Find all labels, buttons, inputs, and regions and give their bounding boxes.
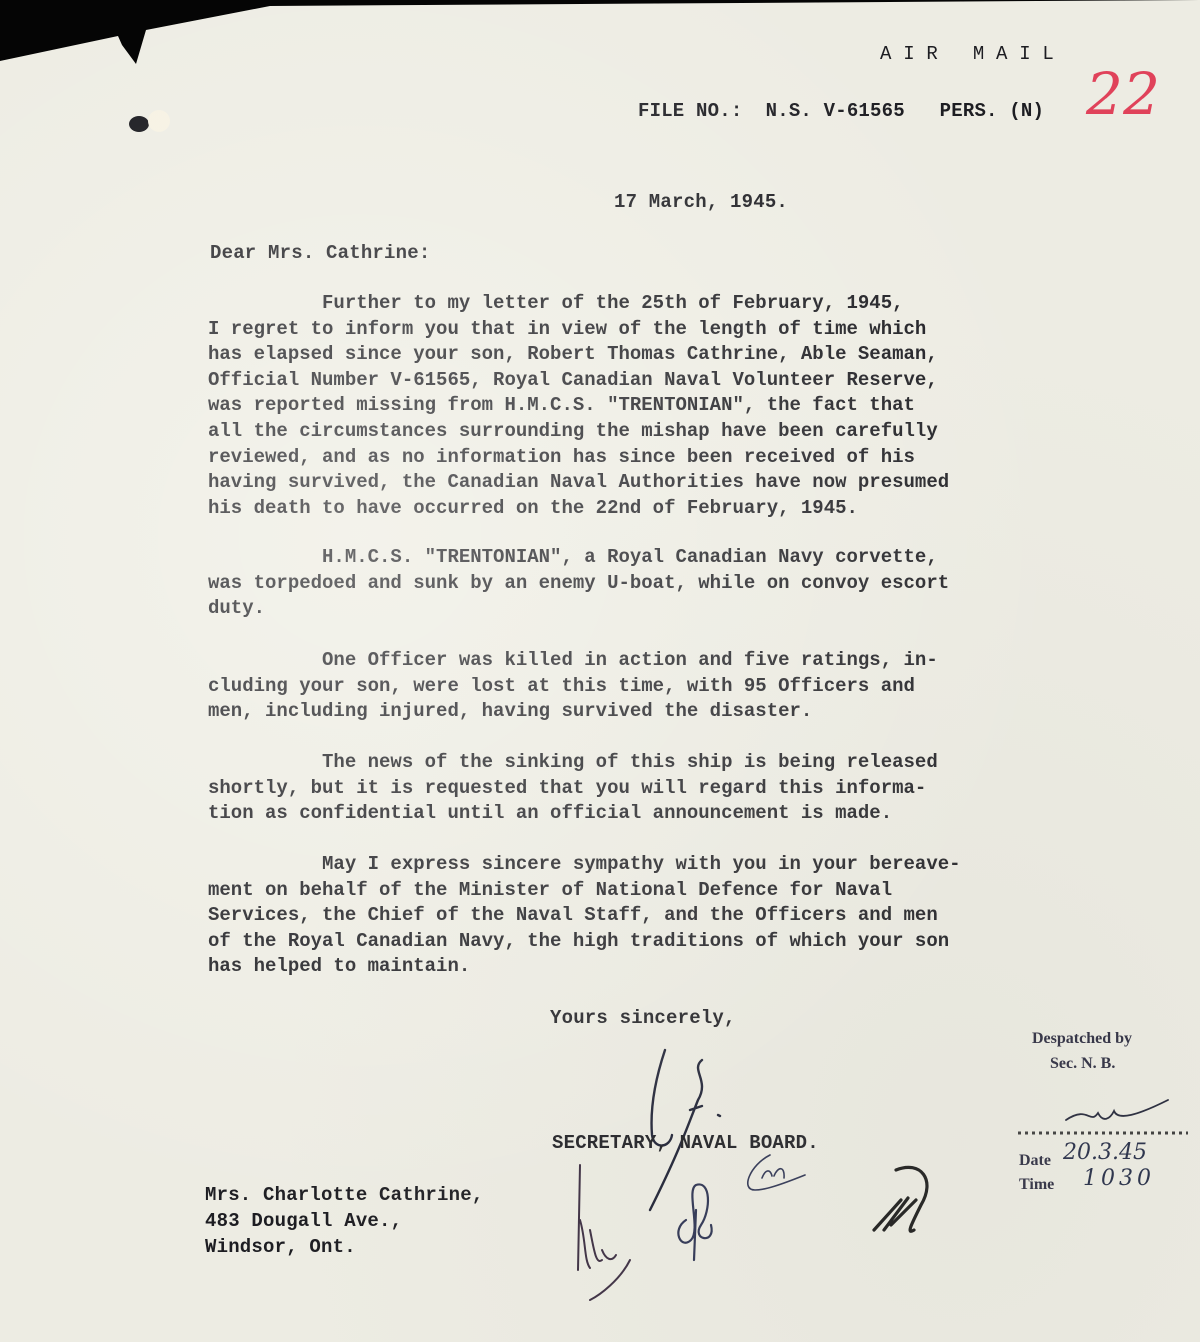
letter-date: 17 March, 1945. — [614, 190, 788, 216]
text-line: duty. — [208, 596, 1038, 622]
text-line: shortly, but it is requested that you wi… — [208, 776, 1038, 802]
text-line: Official Number V-61565, Royal Canadian … — [208, 368, 1038, 394]
text-line: tion as confidential until an official a… — [208, 801, 1038, 827]
text-line: men, including injured, having survived … — [208, 699, 1038, 725]
recipient-city: Windsor, Ont. — [205, 1235, 356, 1261]
initials-1 — [560, 1160, 640, 1300]
text-line: H.M.C.S. "TRENTONIAN", a Royal Canadian … — [208, 545, 1038, 571]
text-line: reviewed, and as no information has sinc… — [208, 445, 1038, 471]
air-mail-label: A I R M A I L — [880, 42, 1054, 68]
recipient-name: Mrs. Charlotte Cathrine, — [205, 1183, 483, 1209]
punch-hole — [129, 116, 149, 132]
text-line: One Officer was killed in action and fiv… — [208, 648, 1038, 674]
despatch-date-value: 20.3.45 — [1063, 1140, 1147, 1165]
file-number: FILE NO.: N.S. V-61565 PERS. (N) — [638, 99, 1044, 125]
initials-4 — [866, 1160, 956, 1250]
paragraph-5: May I express sincere sympathy with you … — [208, 852, 1038, 980]
text-line: all the circumstances surrounding the mi… — [208, 419, 1038, 445]
initials-2 — [666, 1170, 726, 1270]
recipient-street: 483 Dougall Ave., — [205, 1209, 402, 1235]
despatched-by-label: Despatched by — [1032, 1030, 1132, 1048]
despatch-time-label: Time — [1019, 1176, 1054, 1194]
closing: Yours sincerely, — [550, 1006, 736, 1032]
paragraph-1: Further to my letter of the 25th of Febr… — [208, 291, 1038, 521]
salutation: Dear Mrs. Cathrine: — [210, 241, 430, 267]
text-line: of the Royal Canadian Navy, the high tra… — [208, 929, 1038, 955]
letter-page: REGD A I R M A I L FILE NO.: N.S. V-6156… — [0, 0, 1200, 1342]
despatch-time-value: 1030 — [1083, 1166, 1155, 1191]
text-line: was torpedoed and sunk by an enemy U-boa… — [208, 571, 1038, 597]
text-line: was reported missing from H.M.C.S. "TREN… — [208, 393, 1038, 419]
text-line: having survived, the Canadian Naval Auth… — [208, 470, 1038, 496]
text-line: has helped to maintain. — [208, 954, 1038, 980]
despatch-date-label: Date — [1019, 1152, 1051, 1170]
text-line: May I express sincere sympathy with you … — [208, 852, 1038, 878]
despatch-initials — [1018, 1095, 1188, 1135]
text-line: cluding your son, were lost at this time… — [208, 674, 1038, 700]
punch-hole-reinforcement — [148, 110, 170, 132]
text-line: I regret to inform you that in view of t… — [208, 317, 1038, 343]
despatched-by-office: Sec. N. B. — [1050, 1055, 1115, 1073]
text-line: ment on behalf of the Minister of Nation… — [208, 878, 1038, 904]
text-line: his death to have occurred on the 22nd o… — [208, 496, 1038, 522]
text-line: Further to my letter of the 25th of Febr… — [208, 291, 1038, 317]
paragraph-2: H.M.C.S. "TRENTONIAN", a Royal Canadian … — [208, 545, 1038, 622]
initials-3 — [740, 1150, 820, 1210]
text-line: Services, the Chief of the Naval Staff, … — [208, 903, 1038, 929]
paragraph-4: The news of the sinking of this ship is … — [208, 750, 1038, 827]
text-line: has elapsed since your son, Robert Thoma… — [208, 342, 1038, 368]
text-line: The news of the sinking of this ship is … — [208, 750, 1038, 776]
paragraph-3: One Officer was killed in action and fiv… — [208, 648, 1038, 725]
red-annotation: 22 — [1086, 64, 1160, 124]
